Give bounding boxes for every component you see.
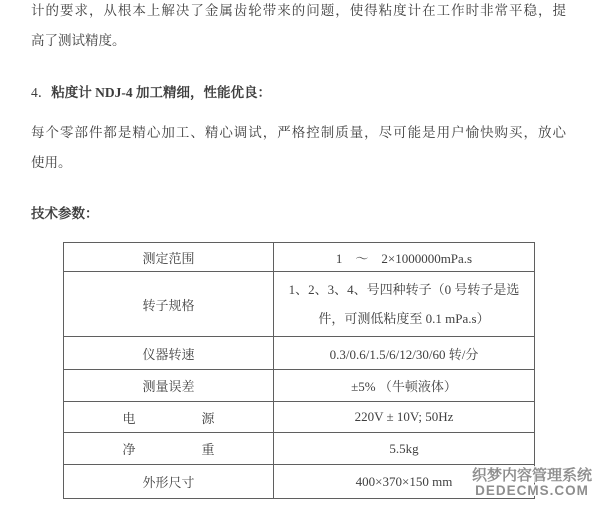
table-row: 仪器转速 0.3/0.6/1.5/6/12/30/60 转/分 xyxy=(64,337,535,370)
feature-heading-text: 粘度计 NDJ-4 加工精细，性能优良： xyxy=(51,85,271,100)
spec-value-power: 220V ± 10V; 50Hz xyxy=(274,402,535,433)
quality-line-2: 使用。 xyxy=(31,148,566,178)
feature-heading: 4．粘度计 NDJ-4 加工精细，性能优良： xyxy=(31,85,566,101)
spec-table: 测定范围 1 ～ 2×1000000mPa.s 转子规格 1、2、3、4、号四种… xyxy=(63,242,535,499)
table-row: 外形尺寸 400×370×150 mm xyxy=(64,465,535,499)
watermark: 织梦内容管理系统 DEDECMS.COM xyxy=(472,468,592,498)
spec-label-weight-right: 重 xyxy=(201,439,214,458)
intro-line-2: 高了测试精度。 xyxy=(31,26,566,56)
table-row: 测量误差 ±5% （牛顿液体） xyxy=(64,370,535,402)
spec-value-rotor: 1、2、3、4、号四种转子（0 号转子是选 件，可测低粘度至 0.1 mPa.s… xyxy=(274,272,535,337)
spec-label-rotor: 转子规格 xyxy=(64,272,274,337)
tech-params-heading: 技术参数： xyxy=(31,206,566,222)
table-row: 电 源 220V ± 10V; 50Hz xyxy=(64,402,535,433)
feature-heading-number: 4． xyxy=(31,85,51,100)
spec-label-power: 电 源 xyxy=(64,402,274,433)
quality-paragraph: 每个零部件都是精心加工、精心调试，严格控制质量，尽可能是用户愉快购买，放心 使用… xyxy=(31,118,566,178)
spec-value-speed: 0.3/0.6/1.5/6/12/30/60 转/分 xyxy=(274,337,535,370)
spec-label-dimensions: 外形尺寸 xyxy=(64,465,274,499)
spec-value-rotor-line-1: 1、2、3、4、号四种转子（0 号转子是选 xyxy=(274,275,534,304)
quality-line-1: 每个零部件都是精心加工、精心调试，严格控制质量，尽可能是用户愉快购买，放心 xyxy=(31,118,566,148)
spec-label-power-right: 源 xyxy=(201,408,214,427)
spec-label-weight-left: 净 xyxy=(123,439,136,458)
table-row: 转子规格 1、2、3、4、号四种转子（0 号转子是选 件，可测低粘度至 0.1 … xyxy=(64,272,535,337)
spec-label-speed: 仪器转速 xyxy=(64,337,274,370)
spec-value-weight: 5.5kg xyxy=(274,433,535,465)
spec-value-error: ±5% （牛顿液体） xyxy=(274,370,535,402)
table-row: 净 重 5.5kg xyxy=(64,433,535,465)
intro-line-1: 计的要求，从根本上解决了金属齿轮带来的问题，使得粘度计在工作时非常平稳，提 xyxy=(31,0,566,26)
spec-label-weight: 净 重 xyxy=(64,433,274,465)
spec-value-rotor-line-2: 件，可测低粘度至 0.1 mPa.s） xyxy=(274,304,534,333)
intro-paragraph: 计的要求，从根本上解决了金属齿轮带来的问题，使得粘度计在工作时非常平稳，提 高了… xyxy=(31,0,566,56)
spec-value-range: 1 ～ 2×1000000mPa.s xyxy=(274,243,535,272)
watermark-en-text: DEDECMS.COM xyxy=(472,484,592,499)
spec-label-error: 测量误差 xyxy=(64,370,274,402)
table-row: 测定范围 1 ～ 2×1000000mPa.s xyxy=(64,243,535,272)
spec-label-power-left: 电 xyxy=(123,408,136,427)
spec-label-range: 测定范围 xyxy=(64,243,274,272)
